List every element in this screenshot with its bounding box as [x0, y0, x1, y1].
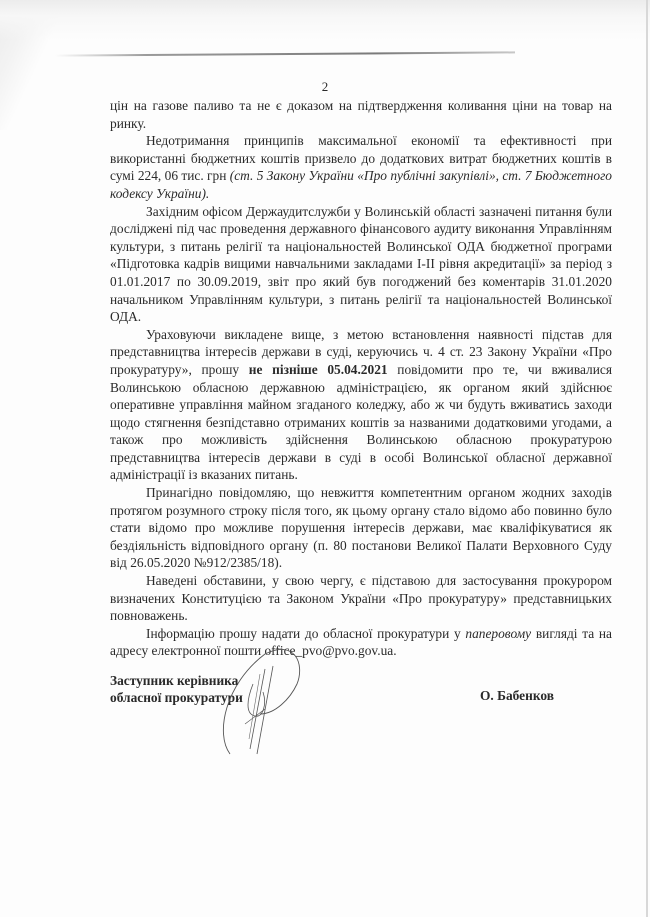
- scan-fold-shadow: [0, 0, 650, 40]
- paragraph-budget-losses: Недотримання принципів максимальної екон…: [110, 132, 612, 202]
- page-number: 2: [0, 79, 650, 95]
- page-right-edge: [646, 0, 648, 917]
- paragraph-text: Наведені обставини, у свою чергу, є підс…: [110, 573, 612, 623]
- italic-word: паперовому: [465, 626, 531, 641]
- paragraph-text: цін на газове паливо та не є доказом на …: [110, 98, 612, 131]
- paragraph-text: повідомити про те, чи вживалися Волинськ…: [110, 362, 612, 483]
- paragraph-price-evidence: цін на газове паливо та не є доказом на …: [110, 97, 612, 132]
- paragraph-reply-request: Інформацію прошу надати до обласної прок…: [110, 625, 612, 660]
- paragraph-text: Принагідно повідомляю, що невжиття компе…: [110, 485, 612, 570]
- handwritten-signature-icon: [205, 644, 315, 764]
- paragraph-text: Інформацію прошу надати до обласної прок…: [146, 626, 465, 641]
- letter-body: цін на газове паливо та не є доказом на …: [110, 97, 612, 660]
- scan-fold-line: [55, 51, 515, 56]
- paragraph-grounds: Наведені обставини, у свою чергу, є підс…: [110, 572, 612, 625]
- paragraph-inaction-notice: Принагідно повідомляю, що невжиття компе…: [110, 484, 612, 572]
- document-page: 2 цін на газове паливо та не є доказом н…: [0, 0, 650, 917]
- paragraph-audit: Західним офісом Держаудитслужби у Волинс…: [110, 203, 612, 326]
- deadline-date: не пізніше 05.04.2021: [249, 362, 388, 377]
- signatory-name: О. Бабенков: [480, 688, 554, 704]
- signature-block: Заступник керівника обласної прокуратури…: [110, 672, 630, 762]
- paragraph-text: Західним офісом Держаудитслужби у Волинс…: [110, 204, 612, 325]
- paragraph-request: Ураховуючи викладене вище, з метою встан…: [110, 326, 612, 484]
